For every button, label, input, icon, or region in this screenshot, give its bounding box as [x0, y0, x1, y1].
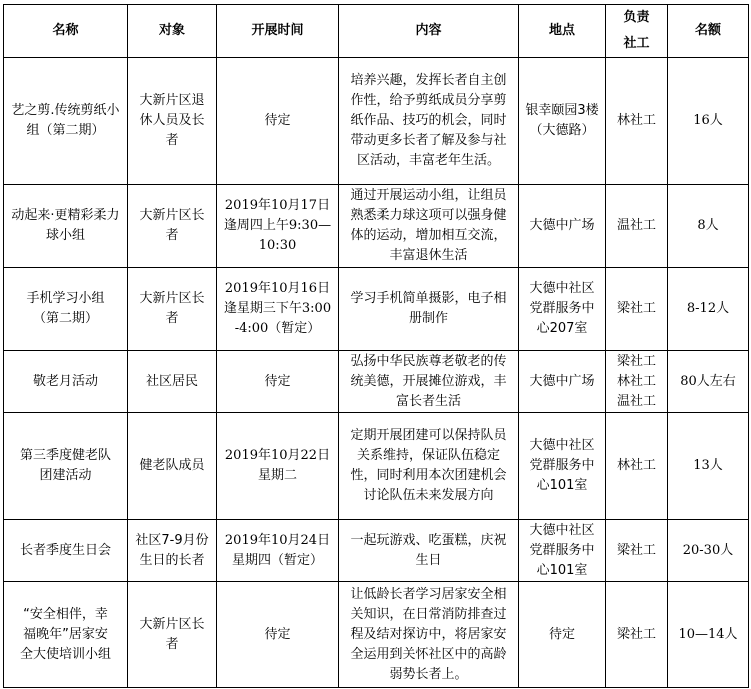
cell-worker: 梁社工: [606, 268, 668, 351]
cell-name: 长者季度生日会: [4, 520, 128, 582]
activity-schedule-table: 名称 对象 开展时间 内容 地点 负责 社工 名额 艺之剪.传统剪纸小组（第二期…: [3, 4, 749, 688]
cell-name-line2: 团建活动: [10, 466, 121, 486]
cell-name: 艺之剪.传统剪纸小组（第二期）: [4, 58, 128, 185]
table-row: 动起来·更精彩柔力球小组 大新片区长者 2019年10月17日逢周四上午9:30…: [4, 185, 749, 268]
header-name: 名称: [4, 5, 128, 58]
cell-quota: 80人左右: [668, 351, 749, 413]
header-worker: 负责 社工: [606, 5, 668, 58]
cell-worker-2: 林社工: [612, 372, 661, 392]
cell-content: 定期开展团建可以保持队员关系维持，保证队伍稳定性，同时利用本次团建机会讨论队伍未…: [339, 413, 519, 520]
cell-time: 待定: [217, 351, 339, 413]
cell-quota: 20-30人: [668, 520, 749, 582]
cell-time: 待定: [217, 58, 339, 185]
cell-quota: 13人: [668, 413, 749, 520]
cell-content: 通过开展运动小组，让组员熟悉柔力球这项可以强身健体的运动，增加相互交流，丰富退休…: [339, 185, 519, 268]
cell-target: 大新片区退休人员及长者: [128, 58, 217, 185]
table-header-row: 名称 对象 开展时间 内容 地点 负责 社工 名额: [4, 5, 749, 58]
cell-worker: 梁社工: [606, 582, 668, 688]
cell-name: 动起来·更精彩柔力球小组: [4, 185, 128, 268]
header-worker-line2: 社工: [612, 31, 661, 57]
header-content: 内容: [339, 5, 519, 58]
header-location: 地点: [519, 5, 606, 58]
cell-time: 2019年10月24日星期四（暂定）: [217, 520, 339, 582]
cell-target: 大新片区长者: [128, 582, 217, 688]
cell-location: 大德中广场: [519, 351, 606, 413]
cell-name-line1: 第三季度健老队: [10, 446, 121, 466]
table-row: “安全相伴，幸 福晚年”居家安 全大使培训小组 大新片区长者 待定 让低龄长者学…: [4, 582, 749, 688]
cell-worker-3: 温社工: [612, 392, 661, 412]
cell-location: 待定: [519, 582, 606, 688]
cell-quota: 10—14人: [668, 582, 749, 688]
cell-name-line2: 福晚年”居家安: [10, 625, 121, 645]
header-time: 开展时间: [217, 5, 339, 58]
table-row: 手机学习小组 （第二期） 大新片区长者 2019年10月16日逢星期三下午3:0…: [4, 268, 749, 351]
cell-time: 2019年10月16日逢星期三下午3:00-4:00（暂定）: [217, 268, 339, 351]
cell-name: 敬老月活动: [4, 351, 128, 413]
cell-target: 社区7-9月份生日的长者: [128, 520, 217, 582]
cell-location: 大德中广场: [519, 185, 606, 268]
cell-content: 让低龄长者学习居家安全相关知识，在日常消防排查过程及结对探访中，将居家安全运用到…: [339, 582, 519, 688]
cell-time: 2019年10月17日逢周四上午9:30—10:30: [217, 185, 339, 268]
cell-target: 大新片区长者: [128, 185, 217, 268]
cell-quota: 16人: [668, 58, 749, 185]
header-target: 对象: [128, 5, 217, 58]
header-quota: 名额: [668, 5, 749, 58]
cell-target: 大新片区长者: [128, 268, 217, 351]
cell-name: 手机学习小组 （第二期）: [4, 268, 128, 351]
cell-target: 健老队成员: [128, 413, 217, 520]
cell-target: 社区居民: [128, 351, 217, 413]
cell-time: 2019年10月22日星期二: [217, 413, 339, 520]
table-row: 敬老月活动 社区居民 待定 弘扬中华民族尊老敬老的传统美德，开展摊位游戏，丰富长…: [4, 351, 749, 413]
cell-worker-1: 梁社工: [612, 352, 661, 372]
cell-workers: 梁社工 林社工 温社工: [606, 351, 668, 413]
cell-worker: 林社工: [606, 58, 668, 185]
cell-name: 第三季度健老队 团建活动: [4, 413, 128, 520]
cell-worker: 林社工: [606, 413, 668, 520]
cell-name: “安全相伴，幸 福晚年”居家安 全大使培训小组: [4, 582, 128, 688]
cell-location: 大德中社区党群服务中心101室: [519, 520, 606, 582]
table-row: 长者季度生日会 社区7-9月份生日的长者 2019年10月24日星期四（暂定） …: [4, 520, 749, 582]
cell-quota: 8-12人: [668, 268, 749, 351]
cell-content: 培养兴趣，发挥长者自主创作性，给予剪纸成员分享剪纸作品、技巧的机会，同时带动更多…: [339, 58, 519, 185]
cell-content: 学习手机简单摄影，电子相册制作: [339, 268, 519, 351]
cell-time: 待定: [217, 582, 339, 688]
header-worker-line1: 负责: [612, 5, 661, 31]
cell-worker: 梁社工: [606, 520, 668, 582]
cell-name-line3: 全大使培训小组: [10, 645, 121, 665]
cell-location: 银幸颐园3楼（大德路）: [519, 58, 606, 185]
table-row: 第三季度健老队 团建活动 健老队成员 2019年10月22日星期二 定期开展团建…: [4, 413, 749, 520]
cell-location: 大德中社区党群服务中心207室: [519, 268, 606, 351]
cell-worker: 温社工: [606, 185, 668, 268]
cell-location: 大德中社区党群服务中心101室: [519, 413, 606, 520]
cell-name-line2: （第二期）: [10, 309, 121, 329]
cell-content: 弘扬中华民族尊老敬老的传统美德，开展摊位游戏，丰富长者生活: [339, 351, 519, 413]
table-row: 艺之剪.传统剪纸小组（第二期） 大新片区退休人员及长者 待定 培养兴趣，发挥长者…: [4, 58, 749, 185]
cell-name-line1: “安全相伴，幸: [10, 605, 121, 625]
cell-content: 一起玩游戏、吃蛋糕，庆祝生日: [339, 520, 519, 582]
cell-name-line1: 手机学习小组: [10, 289, 121, 309]
cell-quota: 8人: [668, 185, 749, 268]
